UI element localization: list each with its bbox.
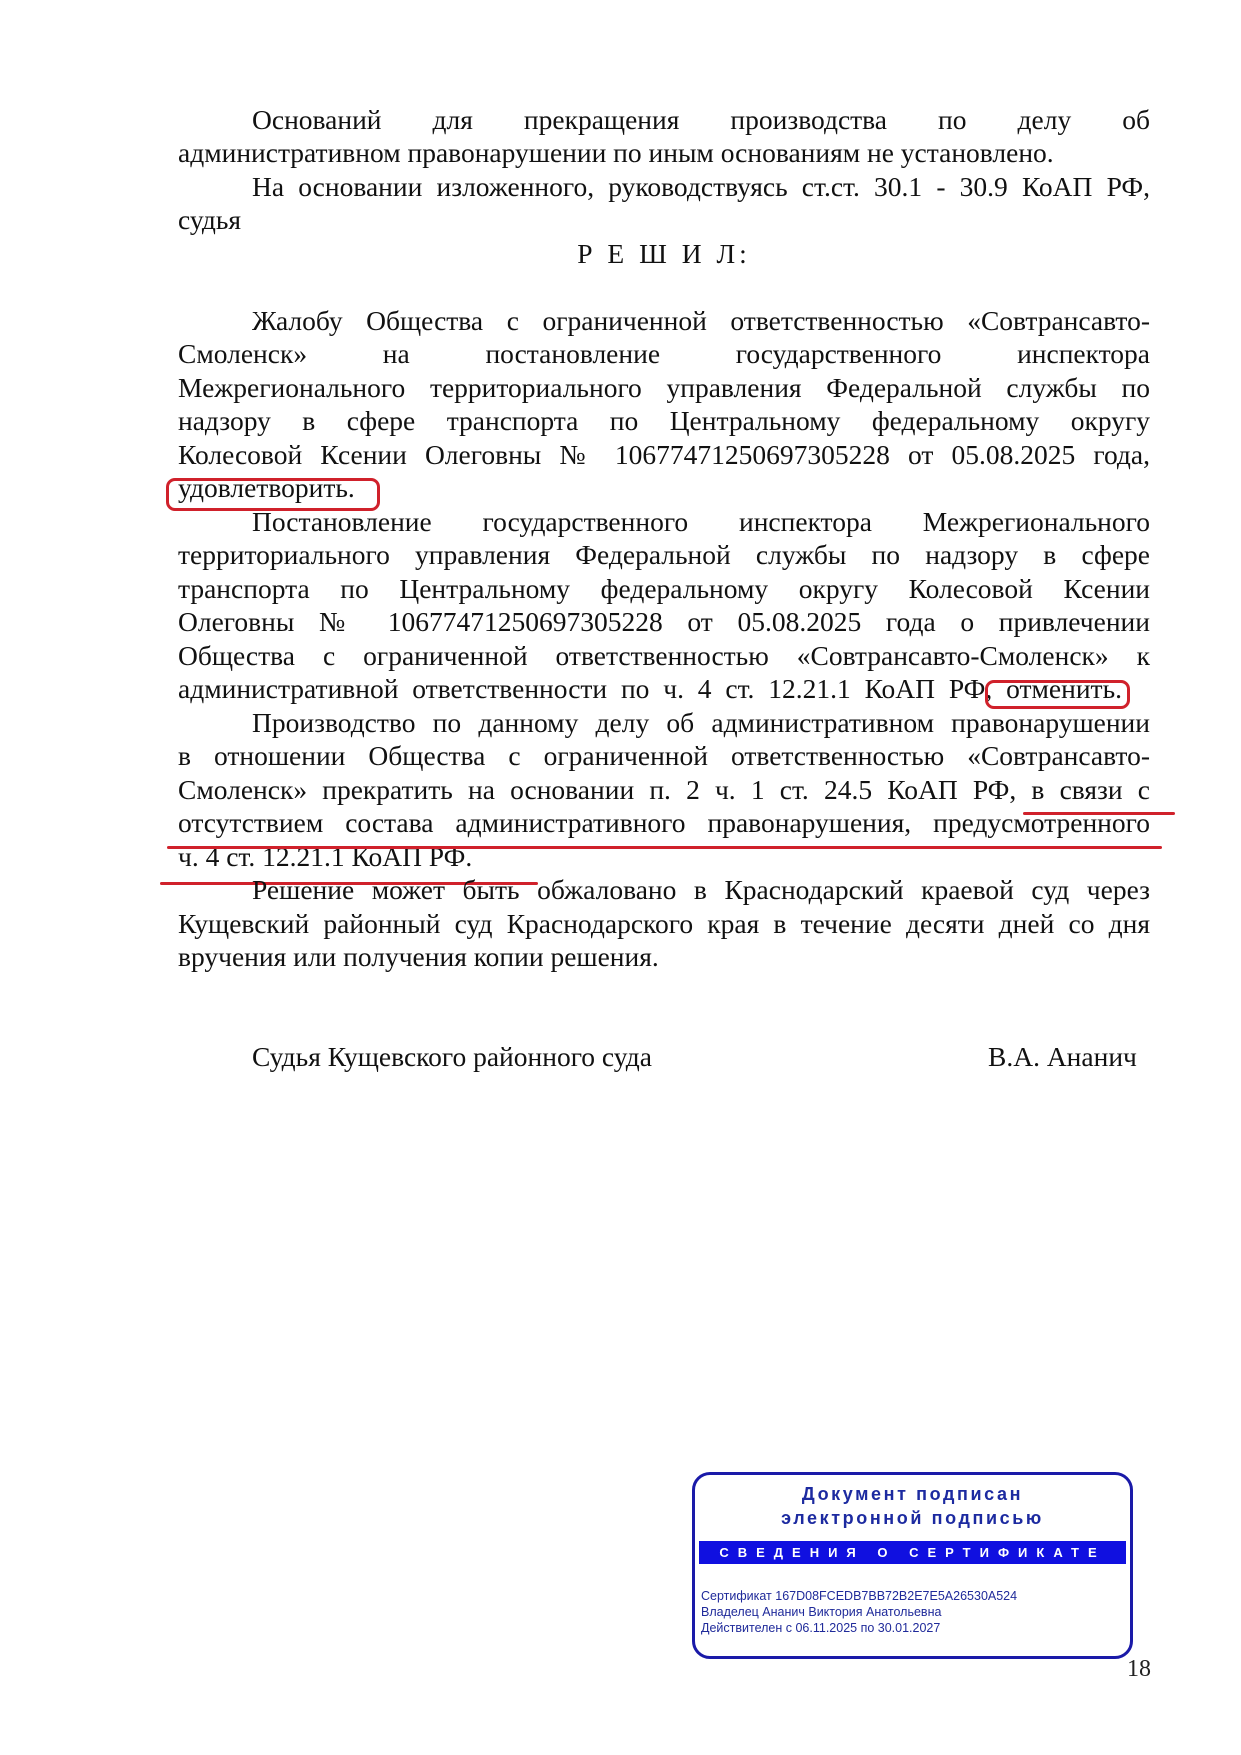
paragraph-line: Решение может быть обжаловано в Краснода… (252, 873, 1150, 906)
stamp-certificate-bar: СВЕДЕНИЯ О СЕРТИФИКАТЕ ЭП (699, 1541, 1126, 1564)
judge-name: В.А. Ананич (988, 1040, 1137, 1073)
paragraph-line: ч. 4 ст. 12.21.1 КоАП РФ. (178, 840, 472, 873)
paragraph-line: административном правонарушении по иным … (178, 136, 1054, 169)
paragraph-line: Межрегионального территориального управл… (178, 371, 1150, 404)
paragraph-line: Производство по данному делу об админист… (252, 706, 1150, 739)
paragraph-line: надзору в сфере транспорта по Центрально… (178, 404, 1150, 437)
paragraph-line: Кущевский районный суд Краснодарского кр… (178, 907, 1150, 940)
paragraph-line: территориального управления Федеральной … (178, 538, 1150, 571)
stamp-title-line1: Документ подписан (695, 1484, 1130, 1505)
paragraph-line: судья (178, 203, 241, 236)
paragraph-line: Смоленск» прекратить на основании п. 2 ч… (178, 773, 1150, 806)
document-page: Оснований для прекращения производства п… (0, 0, 1241, 1755)
paragraph-line: Колесовой Ксении Олеговны № 106774712506… (178, 438, 1150, 471)
highlight-underline (167, 846, 1162, 849)
paragraph-line: Постановление государственного инспектор… (252, 505, 1150, 538)
stamp-title-line2: электронной подписью (695, 1508, 1130, 1529)
electronic-signature-stamp: Документ подписан электронной подписью С… (692, 1472, 1133, 1659)
stamp-owner: Владелец Ананич Виктория Анатольевна (701, 1605, 941, 1619)
paragraph-line: Общества с ограниченной ответственностью… (178, 639, 1150, 672)
paragraph-line: вручения или получения копии решения. (178, 940, 659, 973)
paragraph-line: Олеговны № 10677471250697305228 от 05.08… (178, 605, 1150, 638)
paragraph-line: административной ответственности по ч. 4… (178, 672, 1122, 705)
paragraph-line: Смоленск» на постановление государственн… (178, 337, 1150, 370)
highlight-underline (1023, 812, 1175, 815)
paragraph-line: отсутствием состава административного пр… (178, 806, 1150, 839)
stamp-validity: Действителен с 06.11.2025 по 30.01.2027 (701, 1621, 940, 1635)
paragraph-line: в отношении Общества с ограниченной отве… (178, 739, 1150, 772)
page-number: 18 (1127, 1656, 1151, 1683)
paragraph-line: транспорта по Центральному федеральному … (178, 572, 1150, 605)
highlight-oval-cancel (985, 680, 1130, 709)
paragraph-line: Жалобу Общества с ограниченной ответстве… (252, 304, 1150, 337)
paragraph-line: На основании изложенного, руководствуясь… (252, 170, 1150, 203)
judge-position: Судья Кущевского районного суда (252, 1040, 652, 1073)
paragraph-line: Оснований для прекращения производства п… (252, 103, 1150, 136)
decision-heading: Р Е Ш И Л: (178, 237, 1150, 270)
stamp-certificate: Сертификат 167D08FCEDB7BB72B2E7E5A26530A… (701, 1589, 1017, 1603)
